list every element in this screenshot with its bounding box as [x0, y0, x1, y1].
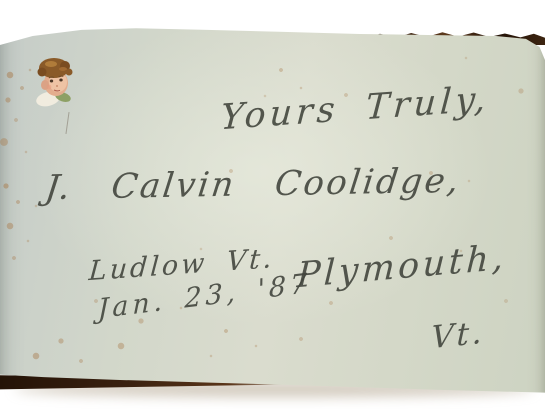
inscription-place: Plymouth,: [296, 238, 508, 297]
inscription-signature: J. Calvin Coolidge,: [43, 161, 463, 208]
photo-of-autograph-album-page: Yours Truly, J. Calvin Coolidge, Ludlow …: [0, 0, 545, 409]
inscription-state: Vt.: [431, 314, 486, 356]
album-page: Yours Truly, J. Calvin Coolidge, Ludlow …: [0, 0, 545, 409]
victorian-child-scrap-icon: [34, 56, 78, 108]
paper-scratch: [65, 112, 69, 134]
inscription-salutation: Yours Truly,: [219, 79, 491, 138]
